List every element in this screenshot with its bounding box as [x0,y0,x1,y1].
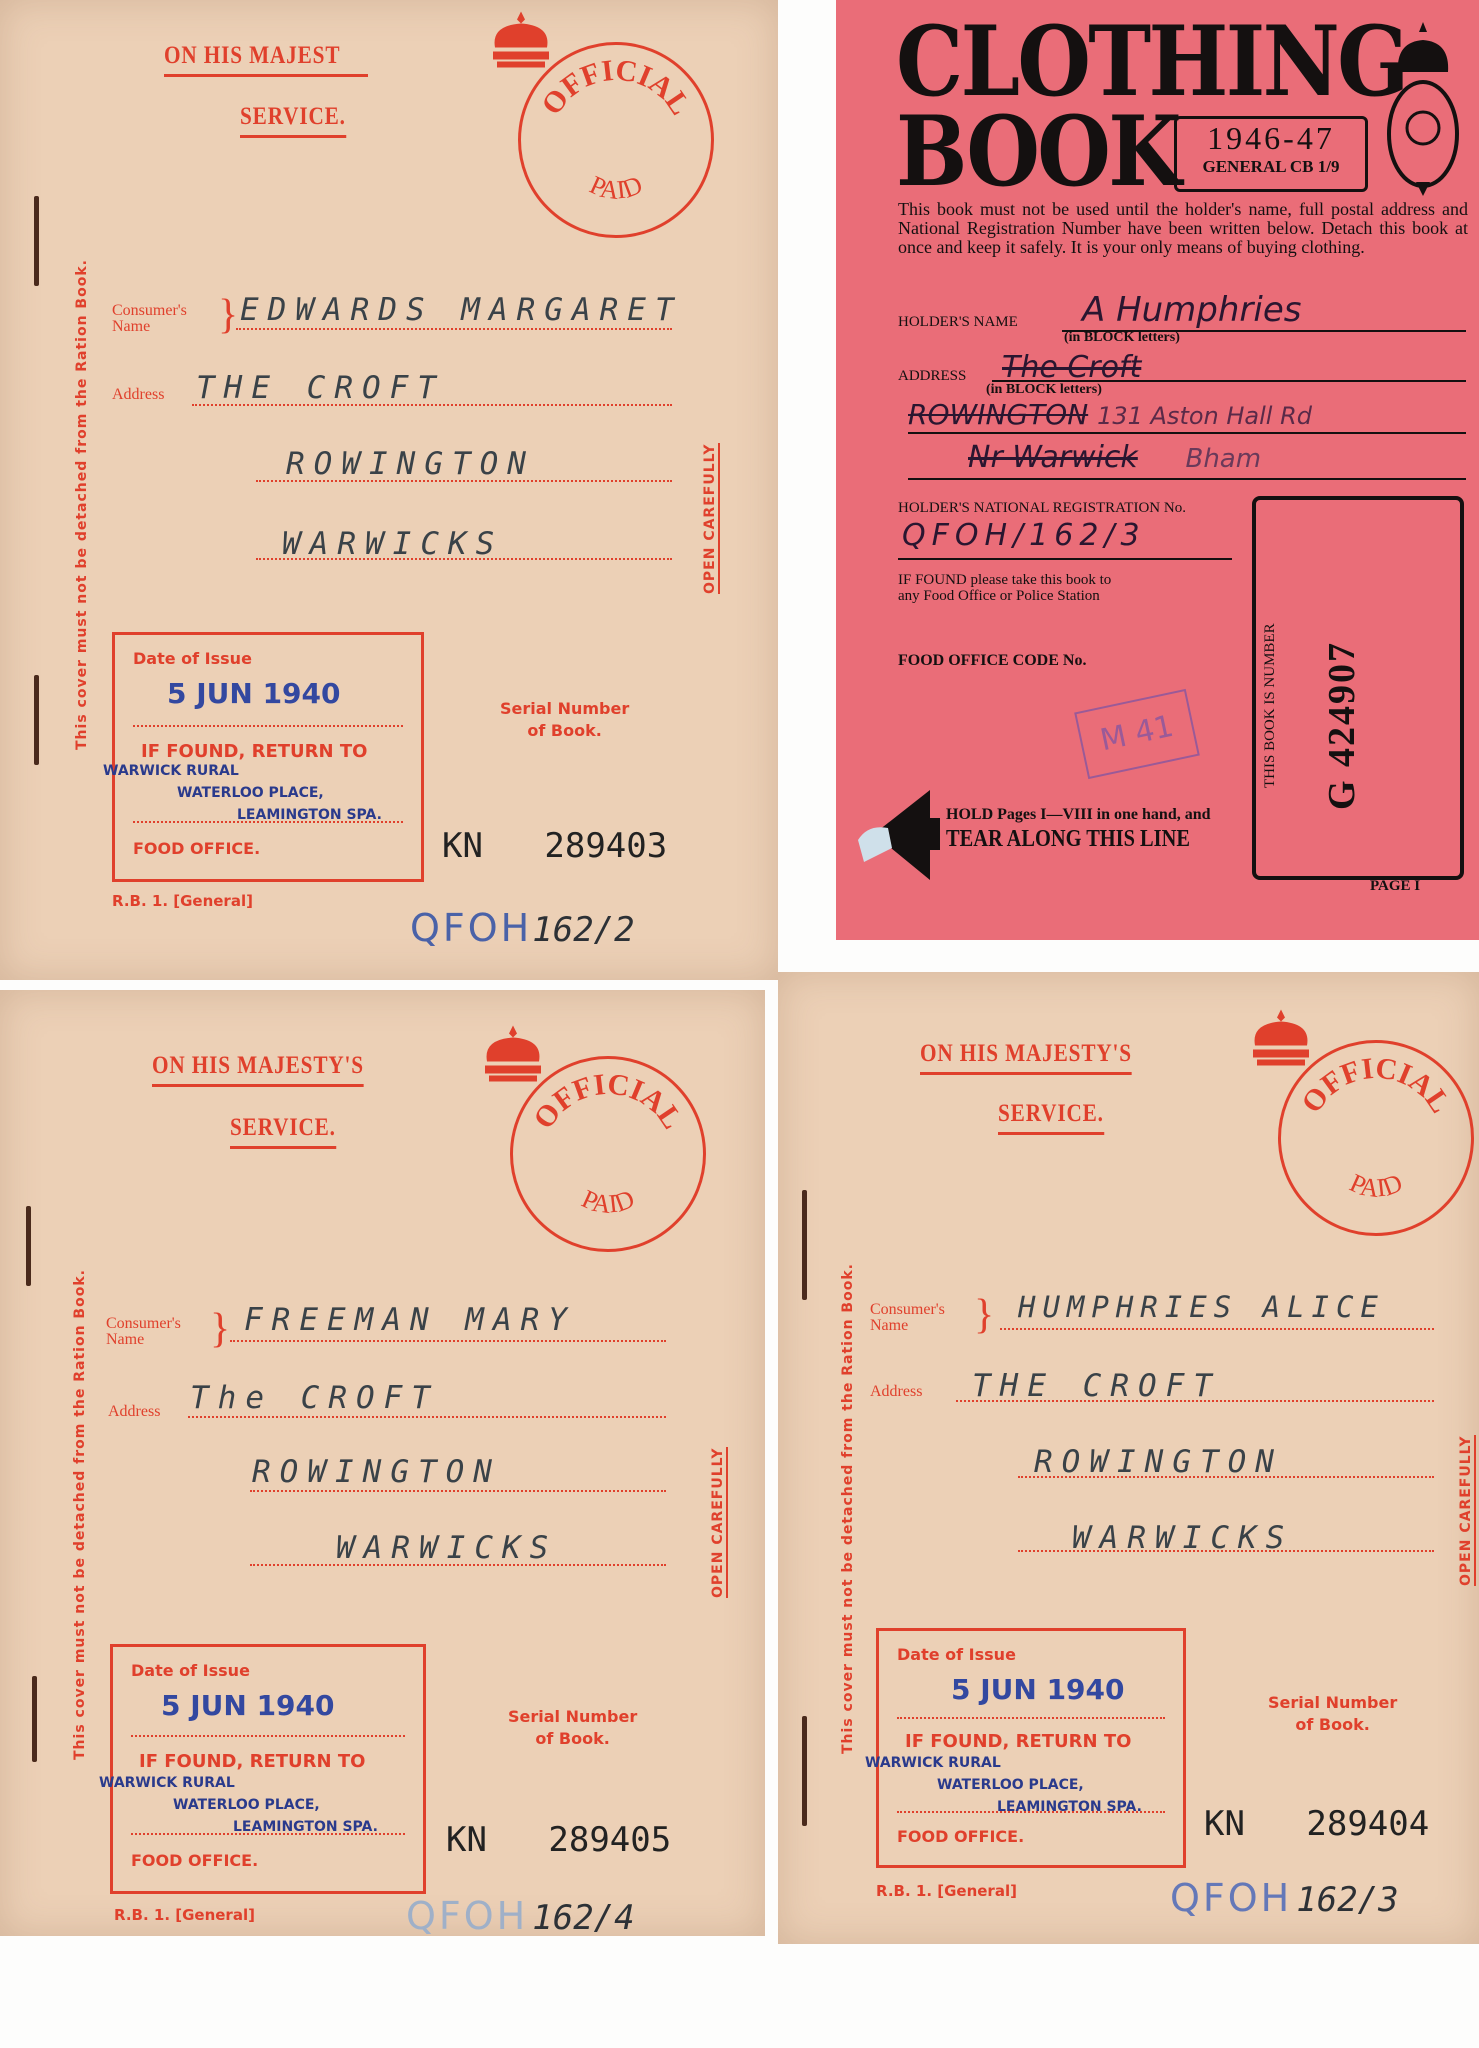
address-line-3: WARWICKS [282,526,503,562]
serial-label-line2: of Book. [527,721,601,740]
dotted-line [133,725,403,727]
address-label: Address [108,1404,160,1420]
serial-prefix: KN [1204,1804,1245,1844]
svg-text:PAID: PAID [585,170,646,205]
service-header: SERVICE. [230,1114,336,1149]
issue-box: Date of Issue 5 JUN 1940 IF FOUND, RETUR… [876,1628,1186,1868]
clothing-book: CLOTHING BOOK 1946-47 GENERAL CB 1/9 Thi… [836,0,1479,940]
serial-digits: 289404 [1306,1804,1429,1844]
address-line [908,432,1466,434]
address-dotted-line [188,1416,666,1418]
official-paid-stamp: OFFICIAL PAID [518,42,714,238]
official-paid-stamp: OFFICIAL PAID [1278,1040,1474,1236]
brace: } [974,1294,994,1336]
block-letters-note: (in BLOCK letters) [1064,330,1180,346]
svg-text:PAID: PAID [1345,1168,1406,1203]
office-line-1: WARWICK RURAL [99,1775,235,1791]
registration-code: QFOH162/2 [410,906,635,950]
consumer-label-line1: Consumer's [870,1301,945,1318]
serial-label: Serial Numberof Book. [500,698,629,742]
serial-digits: 289403 [544,826,667,866]
stamp-bottom-text: PAID [1345,1168,1406,1203]
food-office-label: FOOD OFFICE. [133,839,260,858]
address-label: Address [112,387,164,403]
registration-code: QFOH 162/3 [1170,1876,1399,1920]
consumer-label-line2: Name [870,1317,908,1334]
book-number: G 424907 [1320,641,1364,810]
nat-reg-line [898,558,1232,560]
ohms-header: ON HIS MAJESTY'S [152,1052,364,1087]
reg-handwritten: 162/4 [532,1898,634,1938]
address-dotted-line [256,558,672,560]
consumer-label: Consumer'sName [112,303,187,335]
reg-handwritten: 162/3 [1296,1880,1398,1920]
ohms-header: ON HIS MAJESTY'S [920,1040,1132,1075]
serial-prefix: KN [442,826,483,866]
ration-book-humphries: ON HIS MAJESTY'S SERVICE. OFFICIAL PAID … [778,972,1479,1944]
serial-number: KN 289404 [1204,1804,1429,1844]
edition: GENERAL CB 1/9 [1177,157,1365,177]
registration-code: QFOH 162/4 [406,1894,635,1938]
page-label: PAGE I [1370,878,1420,895]
stamp-top-text: OFFICIAL [1295,1051,1457,1118]
side-notice: This cover must not be detached from the… [74,259,90,750]
brace: } [210,1308,230,1350]
reg-stamp: QFOH [410,906,532,950]
address-line-2-added: 131 Aston Hall Rd [1097,402,1312,430]
holder-name-label: HOLDER'S NAME [898,314,1018,331]
holder-name: A Humphries [1082,290,1302,330]
reg-stamp: QFOH [406,1894,528,1938]
crown-icon [485,8,557,80]
serial-number: KN 289403 [442,826,667,866]
serial-label-line2: of Book. [1295,1715,1369,1734]
address-line-1: The CROFT [190,1380,439,1416]
staple [34,196,39,286]
date-of-issue-stamp: 5 JUN 1940 [951,1673,1125,1706]
food-office-label: FOOD OFFICE. [897,1827,1024,1846]
address-line-3: Nr Warwick Bham [968,440,1261,475]
service-header: SERVICE. [240,103,346,138]
stamp-top-text: OFFICIAL [527,1067,689,1134]
address-dotted-line [956,1400,1434,1402]
form-code: R.B. 1. [General] [112,892,253,910]
serial-label-line1: Serial Number [1268,1693,1397,1712]
ration-book-freeman: ON HIS MAJESTY'S SERVICE. OFFICIAL PAID … [0,990,765,1936]
staple [34,675,39,765]
clothing-book-title-2: BOOK [896,104,1179,200]
consumer-label: Consumer'sName [870,1302,945,1334]
office-line-1: WARWICK RURAL [103,763,239,779]
nat-reg-label: HOLDER'S NATIONAL REGISTRATION No. [898,500,1186,517]
dotted-line [131,1833,405,1835]
name-dotted-line [1000,1328,1434,1330]
address-dotted-line [256,480,672,482]
address-line-3-added: Bham [1185,444,1261,474]
book-number-label: THIS BOOK IS NUMBER [1262,623,1279,788]
address-line-3-original: Nr Warwick [968,440,1138,475]
office-line-2: WATERLOO PLACE, [937,1777,1084,1793]
address-dotted-line [250,1490,666,1492]
serial-digits: 289405 [548,1820,671,1860]
if-found-label: IF FOUND, RETURN TO [139,1751,365,1772]
ration-book-edwards: ON HIS MAJEST SERVICE. OFFICIAL PAID Thi… [0,0,778,980]
consumer-label-line1: Consumer's [112,302,187,319]
staple [802,1190,807,1300]
service-header: SERVICE. [998,1100,1104,1135]
name-dotted-line [236,328,672,330]
consumer-label-line2: Name [106,1331,144,1348]
stamp-bottom-text: PAID [577,1184,638,1219]
office-line-2: WATERLOO PLACE, [177,785,324,801]
issue-box: Date of Issue 5 JUN 1940 IF FOUND, RETUR… [112,632,424,882]
consumer-name: EDWARDS MARGARET [240,292,683,328]
address-line-2: ROWINGTON [252,1454,501,1490]
svg-text:OFFICIAL: OFFICIAL [1295,1051,1457,1118]
staple [26,1206,31,1286]
side-notice: This cover must not be detached from the… [72,1269,88,1760]
address-line [908,478,1466,480]
food-office-code-label: FOOD OFFICE CODE No. [898,652,1086,670]
address-dotted-line [1018,1476,1434,1478]
serial-label: Serial Numberof Book. [508,1706,637,1750]
open-carefully-label: OPEN CAREFULLY [1458,1436,1476,1587]
crown-icon [477,1022,549,1094]
stamp-bottom-text: PAID [585,170,646,205]
open-carefully-label: OPEN CAREFULLY [710,1448,728,1599]
consumer-label-line1: Consumer's [106,1315,181,1332]
address-line-2-original: ROWINGTON [908,398,1088,431]
date-of-issue-label: Date of Issue [131,1661,250,1680]
hold-text: HOLD Pages I—VIII in one hand, and [946,806,1211,824]
date-of-issue-stamp: 5 JUN 1940 [161,1689,335,1722]
address-line-3: WARWICKS [336,1530,557,1566]
serial-label-line1: Serial Number [500,699,629,718]
year-box: 1946-47 GENERAL CB 1/9 [1174,116,1368,192]
found-text: IF FOUND please take this book toany Foo… [898,572,1111,604]
reg-handwritten: 162/2 [532,910,634,950]
crown-icon [1245,1006,1317,1078]
staple [32,1676,37,1762]
if-found-label: IF FOUND, RETURN TO [141,741,367,762]
consumer-name: FREEMAN MARY [244,1302,576,1338]
consumer-name: HUMPHRIES ALICE [1018,1290,1385,1324]
address-label: ADDRESS [898,368,966,385]
if-found-label: IF FOUND, RETURN TO [905,1731,1131,1752]
name-dotted-line [230,1340,666,1342]
board-of-trade-crest-icon [1384,22,1462,198]
food-office-code: M 41 [1097,709,1176,759]
year: 1946-47 [1177,119,1365,157]
reg-stamp: QFOH [1170,1876,1292,1920]
found-text-1: IF FOUND please take this book to [898,572,1111,588]
address-line-2: ROWINGTON [1034,1444,1283,1480]
serial-prefix: KN [446,1820,487,1860]
consumer-label-line2: Name [112,318,150,335]
food-office-code-stamp: M 41 [1074,689,1200,779]
found-text-2: any Food Office or Police Station [898,588,1100,604]
serial-label: Serial Numberof Book. [1268,1692,1397,1736]
side-notice: This cover must not be detached from the… [840,1263,856,1754]
open-carefully-label: OPEN CAREFULLY [702,444,720,595]
address-label: Address [870,1384,922,1400]
date-of-issue-label: Date of Issue [133,649,252,668]
serial-label-line1: Serial Number [508,1707,637,1726]
staple [802,1716,807,1826]
form-code: R.B. 1. [General] [114,1906,255,1924]
tear-arrow-icon [854,790,944,880]
address-line-2: ROWINGTON [286,446,535,482]
dotted-line [133,821,403,823]
address-line-2: ROWINGTON 131 Aston Hall Rd [908,398,1312,431]
food-office-label: FOOD OFFICE. [131,1851,258,1870]
instructions: This book must not be used until the hol… [898,200,1468,257]
stamp-top-text: OFFICIAL [535,53,697,120]
svg-text:OFFICIAL: OFFICIAL [527,1067,689,1134]
tear-text: TEAR ALONG THIS LINE [946,826,1190,853]
svg-text:PAID: PAID [577,1184,638,1219]
office-line-2: WATERLOO PLACE, [173,1797,320,1813]
dotted-line [131,1735,405,1737]
nat-reg-number: QFOH/162/3 [902,518,1146,553]
address-dotted-line [1018,1550,1434,1552]
official-paid-stamp: OFFICIAL PAID [510,1056,706,1252]
consumer-label: Consumer'sName [106,1316,181,1348]
office-line-1: WARWICK RURAL [865,1755,1001,1771]
address-dotted-line [250,1564,666,1566]
form-code: R.B. 1. [General] [876,1882,1017,1900]
book-number-box: THIS BOOK IS NUMBER G 424907 [1252,496,1464,880]
date-of-issue-label: Date of Issue [897,1645,1016,1664]
serial-number: KN 289405 [446,1820,671,1860]
address-line-1: THE CROFT [196,370,445,406]
dotted-line [897,1811,1165,1813]
ohms-header: ON HIS MAJEST [164,42,368,77]
block-letters-note: (in BLOCK letters) [986,382,1102,398]
address-dotted-line [192,404,672,406]
dotted-line [897,1717,1165,1719]
date-of-issue-stamp: 5 JUN 1940 [167,677,341,710]
issue-box: Date of Issue 5 JUN 1940 IF FOUND, RETUR… [110,1644,426,1894]
svg-text:OFFICIAL: OFFICIAL [535,53,697,120]
serial-label-line2: of Book. [535,1729,609,1748]
address-line-1: THE CROFT [972,1368,1221,1404]
